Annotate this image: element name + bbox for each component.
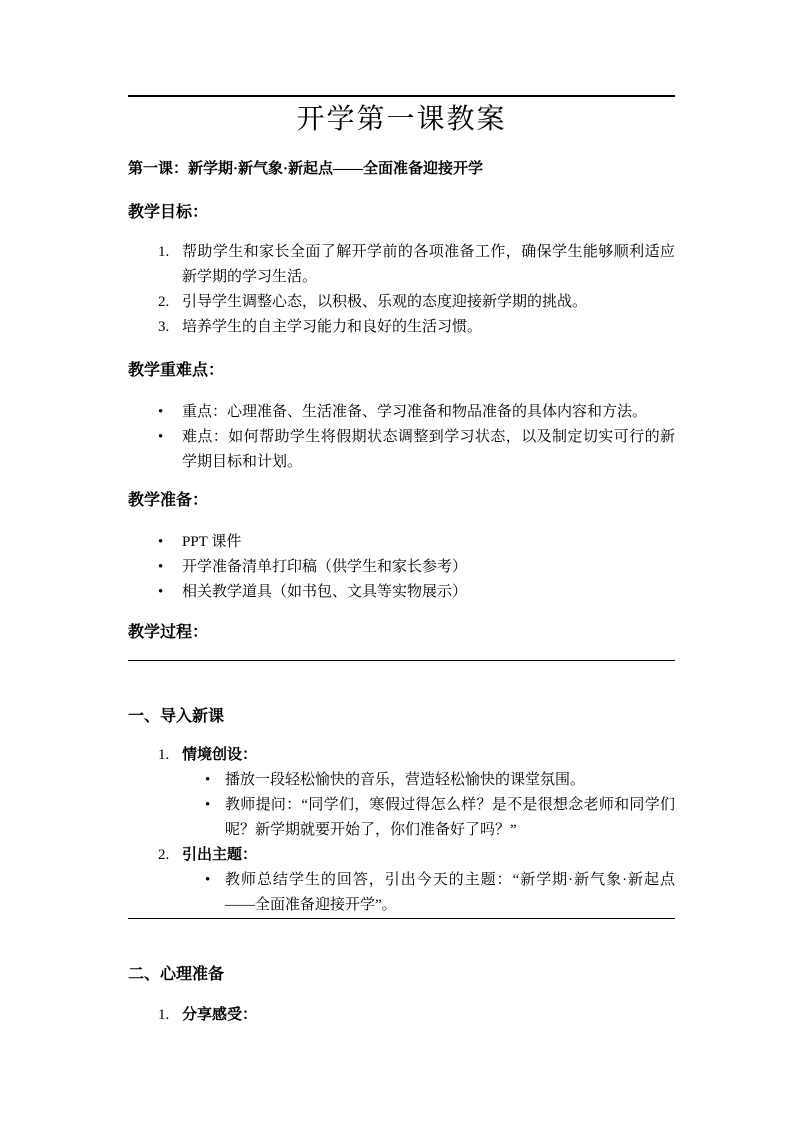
bullet-icon: • <box>205 793 225 843</box>
step-label: 分享感受： <box>182 1003 675 1028</box>
bullet-icon: • <box>205 768 225 793</box>
list-item-text: 帮助学生和家长全面了解开学前的各项准备工作，确保学生能够顺利适应新学期的学习生活… <box>182 240 675 290</box>
list-item-text: 引导学生调整心态，以积极、乐观的态度迎接新学期的挑战。 <box>182 290 675 315</box>
bullet-icon: • <box>158 555 182 580</box>
bullet-icon: • <box>158 530 182 555</box>
step-sub-bullet: • 教师总结学生的回答，引出今天的主题：“新学期·新气象·新起点——全面准备迎接… <box>128 868 675 918</box>
section-2-steps: 1. 分享感受： <box>128 1003 675 1028</box>
list-item: 1. 帮助学生和家长全面了解开学前的各项准备工作，确保学生能够顺利适应新学期的学… <box>128 240 675 290</box>
process-heading: 教学过程： <box>128 620 675 645</box>
list-item: • 难点：如何帮助学生将假期状态调整到学习状态，以及制定切实可行的新学期目标和计… <box>128 425 675 475</box>
step-label: 情境创设： <box>182 743 675 768</box>
step-number: 1. <box>158 743 182 768</box>
list-item-text: 相关教学道具（如书包、文具等实物展示） <box>182 580 675 605</box>
list-item: 3. 培养学生的自主学习能力和良好的生活习惯。 <box>128 315 675 340</box>
list-number: 3. <box>158 315 182 340</box>
document-title: 开学第一课教案 <box>128 97 675 142</box>
step-item: 1. 情境创设： <box>128 743 675 768</box>
list-item: 2. 引导学生调整心态，以积极、乐观的态度迎接新学期的挑战。 <box>128 290 675 315</box>
list-item: • PPT 课件 <box>128 530 675 555</box>
list-item: • 开学准备清单打印稿（供学生和家长参考） <box>128 555 675 580</box>
section-2-heading: 二、心理准备 <box>128 962 675 987</box>
sub-bullet-text: 教师总结学生的回答，引出今天的主题：“新学期·新气象·新起点——全面准备迎接开学… <box>225 868 675 918</box>
step-item: 2. 引出主题： <box>128 843 675 868</box>
lesson-heading: 第一课：新学期·新气象·新起点——全面准备迎接开学 <box>128 157 675 182</box>
step-item: 1. 分享感受： <box>128 1003 675 1028</box>
list-item-text: PPT 课件 <box>182 530 675 555</box>
sub-bullet-text: 教师提问：“同学们，寒假过得怎么样？是不是很想念老师和同学们呢？新学期就要开始了… <box>225 793 675 843</box>
list-item-text: 开学准备清单打印稿（供学生和家长参考） <box>182 555 675 580</box>
key-points-list: • 重点：心理准备、生活准备、学习准备和物品准备的具体内容和方法。 • 难点：如… <box>128 400 675 475</box>
key-points-heading: 教学重难点： <box>128 358 675 383</box>
objectives-heading: 教学目标： <box>128 200 675 225</box>
step-number: 2. <box>158 843 182 868</box>
list-item: • 重点：心理准备、生活准备、学习准备和物品准备的具体内容和方法。 <box>128 400 675 425</box>
list-item: • 相关教学道具（如书包、文具等实物展示） <box>128 580 675 605</box>
list-number: 1. <box>158 240 182 290</box>
section-divider-rule <box>128 918 675 919</box>
objectives-list: 1. 帮助学生和家长全面了解开学前的各项准备工作，确保学生能够顺利适应新学期的学… <box>128 240 675 340</box>
list-item-text: 重点：心理准备、生活准备、学习准备和物品准备的具体内容和方法。 <box>182 400 675 425</box>
bullet-icon: • <box>205 868 225 918</box>
bullet-icon: • <box>158 400 182 425</box>
step-sub-bullet: • 教师提问：“同学们，寒假过得怎么样？是不是很想念老师和同学们呢？新学期就要开… <box>128 793 675 843</box>
section-divider-rule <box>128 660 675 661</box>
section-1-heading: 一、导入新课 <box>128 704 675 729</box>
document-content: 开学第一课教案 第一课：新学期·新气象·新起点——全面准备迎接开学 教学目标： … <box>128 0 675 1028</box>
preparation-list: • PPT 课件 • 开学准备清单打印稿（供学生和家长参考） • 相关教学道具（… <box>128 530 675 605</box>
list-item-text: 培养学生的自主学习能力和良好的生活习惯。 <box>182 315 675 340</box>
bullet-icon: • <box>158 580 182 605</box>
document-page: 开学第一课教案 第一课：新学期·新气象·新起点——全面准备迎接开学 教学目标： … <box>0 0 793 1122</box>
sub-bullet-text: 播放一段轻松愉快的音乐，营造轻松愉快的课堂氛围。 <box>225 768 675 793</box>
section-1-steps: 1. 情境创设： • 播放一段轻松愉快的音乐，营造轻松愉快的课堂氛围。 • 教师… <box>128 743 675 918</box>
list-item-text: 难点：如何帮助学生将假期状态调整到学习状态，以及制定切实可行的新学期目标和计划。 <box>182 425 675 475</box>
list-number: 2. <box>158 290 182 315</box>
step-label: 引出主题： <box>182 843 675 868</box>
step-number: 1. <box>158 1003 182 1028</box>
step-sub-bullet: • 播放一段轻松愉快的音乐，营造轻松愉快的课堂氛围。 <box>128 768 675 793</box>
preparation-heading: 教学准备： <box>128 488 675 513</box>
bullet-icon: • <box>158 425 182 475</box>
